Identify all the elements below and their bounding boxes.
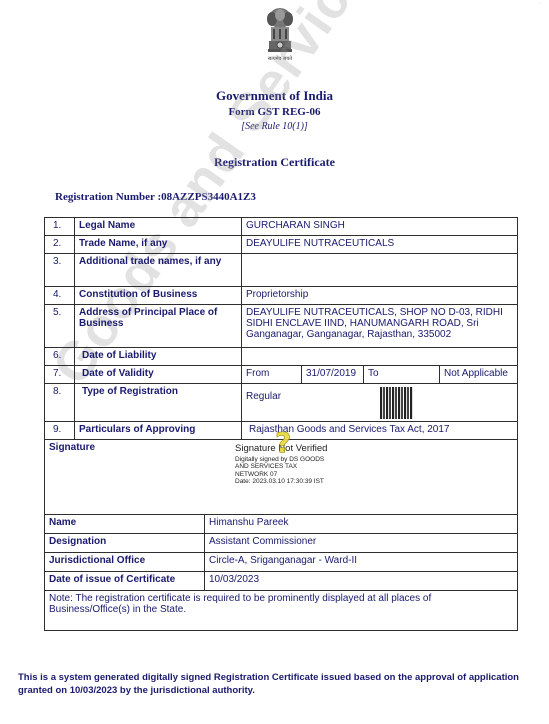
- registration-details-table: 1. Legal Name GURCHARAN SINGH 2. Trade N…: [44, 217, 518, 440]
- registration-type-cell: Regular: [242, 384, 518, 422]
- row-number: 7.: [45, 366, 75, 384]
- table-row: 4. Constitution of Business Proprietorsh…: [45, 287, 518, 305]
- row-label: Particulars of Approving: [75, 422, 242, 440]
- row-label: Date of Liability: [75, 348, 242, 366]
- validity-from-value: 31/07/2019: [302, 366, 364, 384]
- issue-date-value: 10/03/2023: [205, 571, 518, 590]
- table-row: 7. Date of Validity From 31/07/2019 To N…: [45, 366, 518, 384]
- table-row: 8. Type of Registration Regular: [45, 384, 518, 422]
- table-row: 3. Additional trade names, if any: [45, 254, 518, 287]
- validity-from-label: From: [242, 366, 302, 384]
- table-row: Designation Assistant Commissioner: [45, 533, 518, 552]
- row-number: 3.: [45, 254, 75, 287]
- row-number: 1.: [45, 218, 75, 236]
- designation-value: Assistant Commissioner: [205, 533, 518, 552]
- certificate-table: 1. Legal Name GURCHARAN SINGH 2. Trade N…: [44, 217, 517, 631]
- constitution-value: Proprietorship: [242, 287, 518, 305]
- officer-label: Date of issue of Certificate: [45, 571, 205, 590]
- signed-by-line3: NETWORK 07: [235, 471, 327, 479]
- signature-cell: Signature Signature Not Verified Digital…: [45, 439, 518, 514]
- row-label: Type of Registration: [75, 384, 242, 422]
- officer-label: Name: [45, 514, 205, 533]
- national-emblem-icon: [262, 6, 298, 58]
- digital-signature-block: Signature Not Verified Digitally signed …: [235, 443, 327, 486]
- government-heading: Government of India: [0, 88, 549, 104]
- signature-date: Date: 2023.03.10 17:30:39 IST: [235, 478, 327, 486]
- question-mark-icon: ?: [275, 437, 291, 448]
- table-row: Name Himanshu Pareek: [45, 514, 518, 533]
- row-label: Address of Principal Place of Business: [75, 305, 242, 348]
- table-row: 5. Address of Principal Place of Busines…: [45, 305, 518, 348]
- registration-number: Registration Number :08AZZPS3440A1Z3: [55, 191, 256, 203]
- officer-label: Jurisdictional Office: [45, 552, 205, 571]
- validity-to-value: Not Applicable: [440, 366, 518, 384]
- row-number: 8.: [45, 384, 75, 422]
- signed-by-line2: AND SERVICES TAX: [235, 463, 327, 471]
- row-label: Trade Name, if any: [75, 236, 242, 254]
- system-generated-footer: This is a system generated digitally sig…: [18, 671, 533, 697]
- certificate-note: Note: The registration certificate is re…: [45, 590, 518, 630]
- row-label: Additional trade names, if any: [75, 254, 242, 287]
- corner-mark: ·: [540, 2, 545, 7]
- note-row: Note: The registration certificate is re…: [45, 590, 518, 630]
- emblem-motto: सत्यमेव जयते: [250, 56, 310, 62]
- row-label: Constitution of Business: [75, 287, 242, 305]
- row-number: 4.: [45, 287, 75, 305]
- signature-row: Signature Signature Not Verified Digital…: [45, 439, 518, 514]
- date-of-liability-value: [242, 348, 518, 366]
- qr-code-icon: [380, 387, 413, 419]
- row-label: Legal Name: [75, 218, 242, 236]
- table-row: Date of issue of Certificate 10/03/2023: [45, 571, 518, 590]
- table-row: 6. Date of Liability: [45, 348, 518, 366]
- table-row: 2. Trade Name, if any DEAYULIFE NUTRACEU…: [45, 236, 518, 254]
- row-label: Date of Validity: [75, 366, 242, 384]
- legal-name-value: GURCHARAN SINGH: [242, 218, 518, 236]
- jurisdictional-office-value: Circle-A, Sriganganagar - Ward-II: [205, 552, 518, 571]
- rule-reference: [See Rule 10(1)]: [0, 121, 549, 132]
- row-number: 2.: [45, 236, 75, 254]
- table-row: Jurisdictional Office Circle-A, Sriganga…: [45, 552, 518, 571]
- certificate-title: Registration Certificate: [0, 155, 549, 170]
- table-row: 1. Legal Name GURCHARAN SINGH: [45, 218, 518, 236]
- row-number: 9.: [45, 422, 75, 440]
- row-number: 5.: [45, 305, 75, 348]
- officer-name-value: Himanshu Pareek: [205, 514, 518, 533]
- signature-table: Signature Signature Not Verified Digital…: [44, 439, 518, 631]
- form-heading: Form GST REG-06: [0, 106, 549, 118]
- officer-label: Designation: [45, 533, 205, 552]
- trade-name-value: DEAYULIFE NUTRACEUTICALS: [242, 236, 518, 254]
- additional-trade-names-value: [242, 254, 518, 287]
- validity-to-label: To: [364, 366, 440, 384]
- row-number: 6.: [45, 348, 75, 366]
- address-value: DEAYULIFE NUTRACEUTICALS, SHOP NO D-03, …: [242, 305, 518, 348]
